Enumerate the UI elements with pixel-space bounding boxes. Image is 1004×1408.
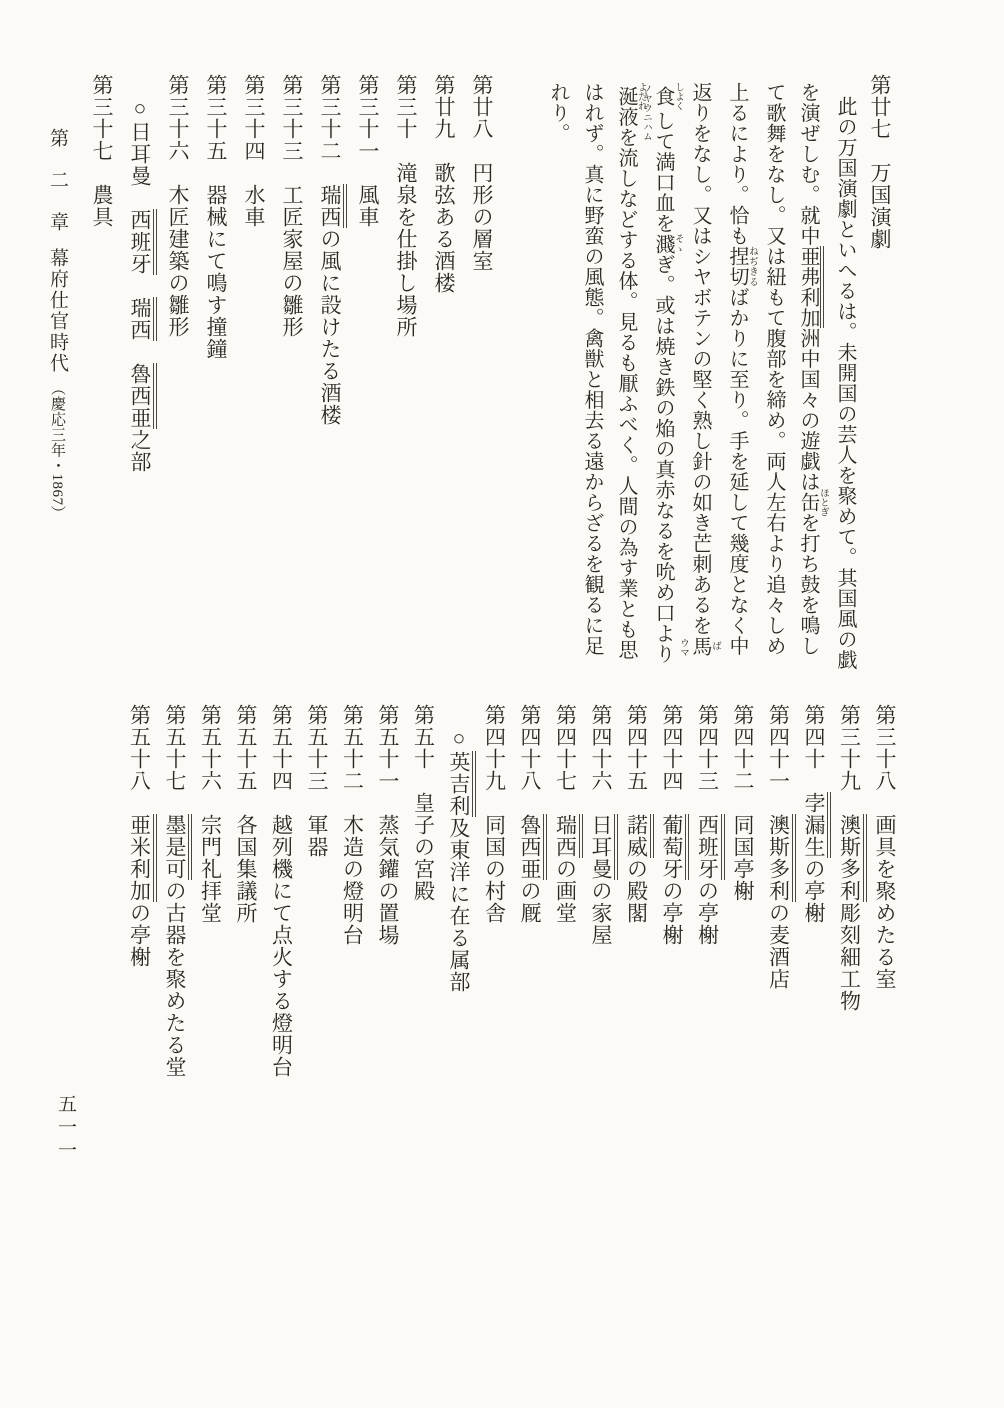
text-run bbox=[128, 341, 152, 363]
text-run: の亭榭 bbox=[128, 902, 152, 968]
list-item: 第三十七 農具 bbox=[83, 74, 121, 670]
country-name-marked: 諾威 bbox=[625, 814, 654, 858]
country-group-label: ○日耳曼 西班牙 瑞西 魯西亜之部 bbox=[121, 74, 159, 670]
text-run: 第四十二 同国亭榭 bbox=[731, 704, 755, 902]
text-run: 第五十一 蒸気鑵の置場 bbox=[376, 704, 400, 946]
furigana-ruby: ねぢきる bbox=[747, 246, 757, 287]
list-item: 第五十五 各国集議所 bbox=[228, 704, 264, 1154]
text-run: 第三十四 水車 bbox=[242, 74, 266, 228]
text-run: 液を流しなどする体。見るも厭ふべく。人間の為す業とも思 bbox=[615, 107, 637, 661]
list-item: 第五十八 亜米利加の亭榭 bbox=[121, 704, 157, 1154]
chapter-date: （慶応三年・1867） bbox=[49, 381, 65, 522]
list-item: 第五十七 墨是可の古器を聚めたる堂 bbox=[157, 704, 193, 1154]
text-run: して満口血を bbox=[652, 111, 674, 234]
list-item: 第四十 孛漏生の亭榭 bbox=[796, 704, 832, 1154]
text-run: 第四十八 bbox=[518, 704, 542, 814]
list-item: 第四十三 西班牙の亭榭 bbox=[689, 704, 725, 1154]
text-run: 第三十六 木匠建築の雛形 bbox=[166, 74, 190, 338]
country-name-marked: 亜弗利加 bbox=[797, 246, 824, 328]
list-item: 第五十四 越列機にて点火する燈明台 bbox=[263, 704, 299, 1154]
text-run: の殿閣 bbox=[625, 858, 649, 924]
text-run: 彫刻細工物 bbox=[838, 902, 862, 1012]
list-item: 第四十九 同国の村舎 bbox=[476, 704, 512, 1154]
page-number: 五一一 bbox=[52, 1094, 79, 1163]
passage-line: て歌舞をなし。又は紐もて腹部を締め。両人左右より追々しめ bbox=[757, 74, 791, 670]
text-run: 第三十一 風車 bbox=[356, 74, 380, 228]
text-run: ばかりに至り。手を延して幾度となく中 bbox=[726, 287, 748, 656]
text-run: 第五十 皇子の宮殿 bbox=[412, 704, 436, 902]
text-run: 第三十 滝泉を仕掛し場所 bbox=[394, 74, 418, 338]
kunten-left-gloss: ノヤウニハム bbox=[640, 84, 650, 141]
list-item: 第四十六 日耳曼の家屋 bbox=[583, 704, 619, 1154]
text-run: 第五十四 越列機にて点火する燈明台 bbox=[270, 704, 294, 1078]
country-name-marked: 瑞西 bbox=[318, 184, 347, 228]
text-run: 第五十三 軍器 bbox=[305, 704, 329, 858]
country-name-marked: 魯西亜 bbox=[518, 814, 547, 880]
text-run: 第四十四 bbox=[660, 704, 684, 814]
text-run: の亭榭 bbox=[696, 880, 720, 946]
text-run: の風に設けたる酒楼 bbox=[318, 228, 342, 426]
text-run: 第廿八 円形の層室 bbox=[470, 74, 494, 272]
text-run: 第四十七 bbox=[554, 704, 578, 814]
text-run: 第五十八 bbox=[128, 704, 152, 814]
glossed-text: 食しよくノヤウニハム bbox=[652, 82, 674, 111]
country-name-marked: 澳斯多利 bbox=[838, 814, 867, 902]
section-heading: 第廿七 万国演劇 bbox=[862, 74, 898, 670]
list-item: 第四十七 瑞西の画堂 bbox=[547, 704, 583, 1154]
kunten-left-gloss: ウマ bbox=[677, 638, 687, 657]
list-item: 第四十一 澳斯多利の麦酒店 bbox=[760, 704, 796, 1154]
text-run: 第四十九 同国の村舎 bbox=[483, 704, 507, 924]
text-run: 上るにより。恰も bbox=[726, 82, 748, 246]
list-item: 第五十二 木造の燈明台 bbox=[334, 704, 370, 1154]
list-item: 第四十四 葡萄牙の亭榭 bbox=[654, 704, 690, 1154]
passage-line: 上るにより。恰も捏切ねぢきるばかりに至り。手を延して幾度となく中 bbox=[720, 74, 757, 670]
country-name-marked: 英吉利 bbox=[447, 751, 476, 817]
text-run: の家屋 bbox=[589, 880, 613, 946]
text-run: 第四十一 bbox=[767, 704, 791, 814]
exhibit-list-continued: 第三十八 画具を聚めたる室第三十九 澳斯多利彫刻細工物第四十 孛漏生の亭榭第四十… bbox=[121, 704, 902, 1154]
text-run: れり。 bbox=[547, 82, 569, 144]
ruby-annotated-text: 涎よだれ bbox=[615, 82, 637, 107]
text-run: ○日耳曼 bbox=[128, 96, 152, 209]
passage-line: 食しよくノヤウニハムして満口血を濺そゝぎ。或は焼き鉄の焔の真赤なるを吮め口より bbox=[646, 74, 683, 670]
text-run: ○ bbox=[447, 726, 471, 751]
text-run: 第三十五 器械にて鳴す撞鐘 bbox=[204, 74, 228, 360]
text-run: の厩 bbox=[518, 880, 542, 924]
country-name-marked: 瑞西 bbox=[128, 297, 157, 341]
country-name-marked: 葡萄牙 bbox=[660, 814, 689, 880]
list-item: 第廿八 円形の層室 bbox=[463, 74, 501, 670]
glossed-text: 馬ばウマ bbox=[689, 636, 711, 657]
country-name-marked: 日耳曼 bbox=[589, 814, 618, 880]
text-run: 此の万国演劇といへるは。未開国の芸人を聚めて。其国風の戯 bbox=[834, 96, 856, 670]
running-header: 第 二 章 幕府仕官時代 （慶応三年・1867） bbox=[44, 128, 71, 568]
country-name-marked: 西班牙 bbox=[696, 814, 725, 880]
passage-line: れり。 bbox=[541, 74, 575, 670]
furigana-ruby: そゝ bbox=[673, 234, 683, 255]
country-name-marked: 墨是可 bbox=[163, 814, 192, 880]
text-run: の画堂 bbox=[554, 858, 578, 924]
furigana-ruby: ほとぎ bbox=[818, 488, 828, 517]
text-run: 第四十六 bbox=[589, 704, 613, 814]
text-run: 第三十三 工匠家屋の雛形 bbox=[280, 74, 304, 338]
list-item: 第四十二 同国亭榭 bbox=[725, 704, 761, 1154]
list-item: 第三十一 風車 bbox=[349, 74, 387, 670]
text-run: ぎ。或は焼き鉄の焔の真赤なるを吮め口より bbox=[652, 254, 674, 664]
text-run: 第廿九 歌弦ある酒楼 bbox=[432, 74, 456, 294]
text-run: 第五十七 bbox=[163, 704, 187, 814]
book-page: 第廿七 万国演劇此の万国演劇といへるは。未開国の芸人を聚めて。其国風の戯を演ぜし… bbox=[0, 0, 1004, 1408]
ruby-annotated-text: 馬ば bbox=[689, 636, 711, 657]
passage-line: 此の万国演劇といへるは。未開国の芸人を聚めて。其国風の戯 bbox=[828, 74, 862, 670]
ruby-annotated-text: 濺そゝ bbox=[652, 234, 674, 255]
text-run: を演ぜしむ。就中 bbox=[797, 82, 819, 246]
text-run: 第五十五 各国集議所 bbox=[234, 704, 258, 924]
text-run: 第三十二 bbox=[318, 74, 342, 184]
country-name-marked: 亜米利加 bbox=[128, 814, 157, 902]
ruby-annotated-text: 捏切ねぢきる bbox=[726, 246, 748, 287]
text-run: 第廿七 万国演劇 bbox=[868, 74, 892, 250]
text-run: の亭榭 bbox=[660, 880, 684, 946]
chapter-label: 第 二 章 bbox=[47, 128, 68, 233]
list-item: 第三十六 木匠建築の雛形 bbox=[159, 74, 197, 670]
text-run: 第四十五 bbox=[625, 704, 649, 814]
text-run: 返りをなし。又はシヤボテンの堅く熟し針の如き芒刺あるを bbox=[689, 82, 711, 636]
text-run: 之部 bbox=[128, 429, 152, 473]
text-run: 第三十九 bbox=[838, 704, 862, 814]
text-run: 第五十二 木造の燈明台 bbox=[341, 704, 365, 946]
text-run: 洲中国々の遊戯は bbox=[797, 328, 819, 492]
text-run: を打ち鼓を鳴し bbox=[797, 513, 819, 657]
list-item: 第三十三 工匠家屋の雛形 bbox=[273, 74, 311, 670]
furigana-ruby: しよく bbox=[673, 82, 683, 111]
list-item: 第三十九 澳斯多利彫刻細工物 bbox=[831, 704, 867, 1154]
text-run: 第三十七 農具 bbox=[90, 74, 114, 228]
section-mankoku-engeki-and-list: 第廿七 万国演劇此の万国演劇といへるは。未開国の芸人を聚めて。其国風の戯を演ぜし… bbox=[83, 74, 898, 670]
list-item: 第三十八 画具を聚めたる室 bbox=[867, 704, 903, 1154]
list-item: 第廿九 歌弦ある酒楼 bbox=[425, 74, 463, 670]
country-name-marked: 魯西亜 bbox=[128, 363, 157, 429]
list-item: 第三十五 器械にて鳴す撞鐘 bbox=[197, 74, 235, 670]
country-name-marked: 瑞西 bbox=[554, 814, 583, 858]
text-run: の古器を聚めたる堂 bbox=[163, 880, 187, 1078]
country-name-marked: 孛漏生 bbox=[802, 792, 831, 858]
list-item: 第五十一 蒸気鑵の置場 bbox=[370, 704, 406, 1154]
text-run: 第五十六 宗門礼拝堂 bbox=[199, 704, 223, 924]
text-run bbox=[128, 275, 152, 297]
furigana-ruby: ば bbox=[710, 636, 720, 657]
country-group-label: ○英吉利及東洋に在る属部 bbox=[441, 704, 477, 1154]
chapter-title: 幕府仕官時代 bbox=[47, 248, 68, 374]
country-name-marked: 西班牙 bbox=[128, 209, 157, 275]
list-item: 第五十 皇子の宮殿 bbox=[405, 704, 441, 1154]
list-item: 第四十五 諾威の殿閣 bbox=[618, 704, 654, 1154]
passage-line: を演ぜしむ。就中亜弗利加洲中国々の遊戯は缶ほとぎを打ち鼓を鳴し bbox=[791, 74, 828, 670]
text-run: の麦酒店 bbox=[767, 902, 791, 990]
passage-line: 涎よだれ液を流しなどする体。見るも厭ふべく。人間の為す業とも思 bbox=[609, 74, 646, 670]
passage-line: はれず。真に野蛮の風態。禽獣と相去る遠からざるを観るに足 bbox=[575, 74, 609, 670]
text-run: て歌舞をなし。又は紐もて腹部を締め。両人左右より追々しめ bbox=[763, 82, 785, 656]
text-run: 第三十八 画具を聚めたる室 bbox=[873, 704, 897, 990]
passage-line: 返りをなし。又はシヤボテンの堅く熟し針の如き芒刺あるを馬ばウマ bbox=[683, 74, 720, 670]
list-item: 第五十三 軍器 bbox=[299, 704, 335, 1154]
list-item: 第三十 滝泉を仕掛し場所 bbox=[387, 74, 425, 670]
list-item: 第三十四 水車 bbox=[235, 74, 273, 670]
text-run: の亭榭 bbox=[802, 858, 826, 924]
text-run: 及東洋に在る属部 bbox=[447, 817, 471, 993]
text-run: 第四十 bbox=[802, 704, 826, 792]
list-item: 第三十二 瑞西の風に設けたる酒楼 bbox=[311, 74, 349, 670]
list-item: 第四十八 魯西亜の厩 bbox=[512, 704, 548, 1154]
ruby-annotated-text: 缶ほとぎ bbox=[797, 492, 819, 513]
ruby-annotated-text: 食しよく bbox=[652, 82, 674, 111]
country-name-marked: 澳斯多利 bbox=[767, 814, 796, 902]
text-run: 第四十三 bbox=[696, 704, 720, 814]
text-run: はれず。真に野蛮の風態。禽獣と相去る遠からざるを観るに足 bbox=[581, 82, 603, 656]
list-item: 第五十六 宗門礼拝堂 bbox=[192, 704, 228, 1154]
